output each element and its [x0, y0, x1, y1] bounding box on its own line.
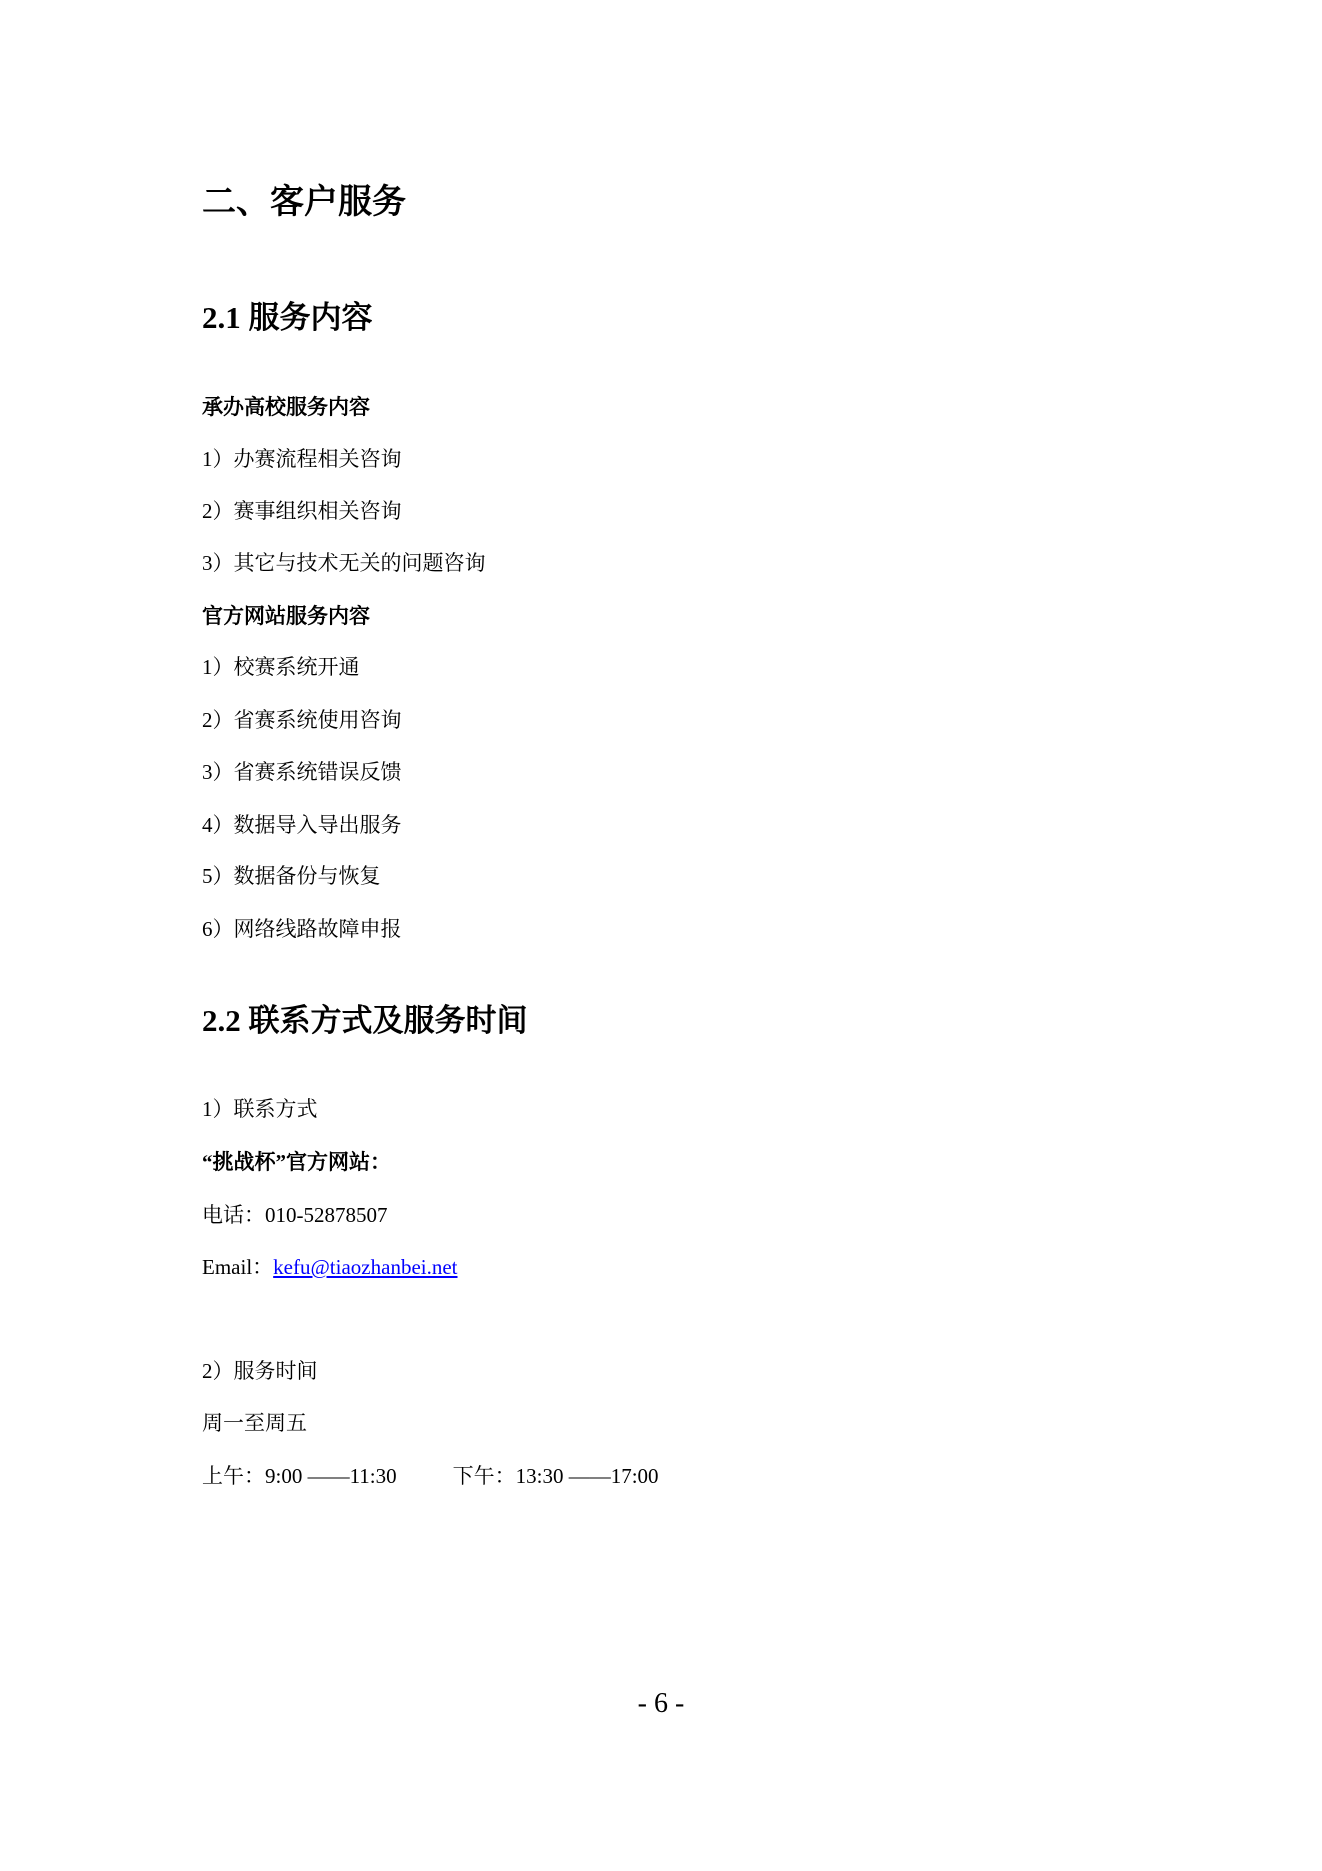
list-item: 1）校赛系统开通	[202, 657, 360, 678]
hours-label: 2）服务时间	[202, 1361, 318, 1382]
list-item: 4）数据导入导出服务	[202, 815, 402, 836]
email-link[interactable]: kefu@tiaozhanbei.net	[273, 1255, 457, 1279]
hours-row: 上午：9:00 ——11:30下午：13:30 ——17:00	[202, 1466, 659, 1487]
list-item: 3）省赛系统错误反馈	[202, 762, 402, 783]
list-item: 2）省赛系统使用咨询	[202, 710, 402, 731]
email-row: Email：kefu@tiaozhanbei.net	[202, 1257, 458, 1278]
section-heading-2-2: 2.2 联系方式及服务时间	[202, 1005, 528, 1036]
list-item: 3）其它与技术无关的问题咨询	[202, 553, 486, 574]
list-item: 2）赛事组织相关咨询	[202, 501, 402, 522]
list-item: 6）网络线路故障申报	[202, 919, 402, 940]
contact-label: 1）联系方式	[202, 1099, 318, 1120]
phone-text: 电话：010-52878507	[202, 1205, 388, 1226]
section-heading-2-1: 2.1 服务内容	[202, 302, 373, 333]
list-item: 1）办赛流程相关咨询	[202, 449, 402, 470]
page-number: - 6 -	[0, 1688, 1322, 1720]
days-text: 周一至周五	[202, 1413, 307, 1434]
group-title: 承办高校服务内容	[202, 397, 370, 418]
site-label: “挑战杯”官方网站：	[202, 1152, 391, 1173]
email-label: Email：	[202, 1255, 273, 1279]
morning-hours: 上午：9:00 ——11:30	[202, 1464, 397, 1488]
page-title: 二、客户服务	[202, 186, 406, 220]
group-title: 官方网站服务内容	[202, 606, 370, 627]
list-item: 5）数据备份与恢复	[202, 866, 381, 887]
afternoon-hours: 下午：13:30 ——17:00	[453, 1464, 659, 1488]
